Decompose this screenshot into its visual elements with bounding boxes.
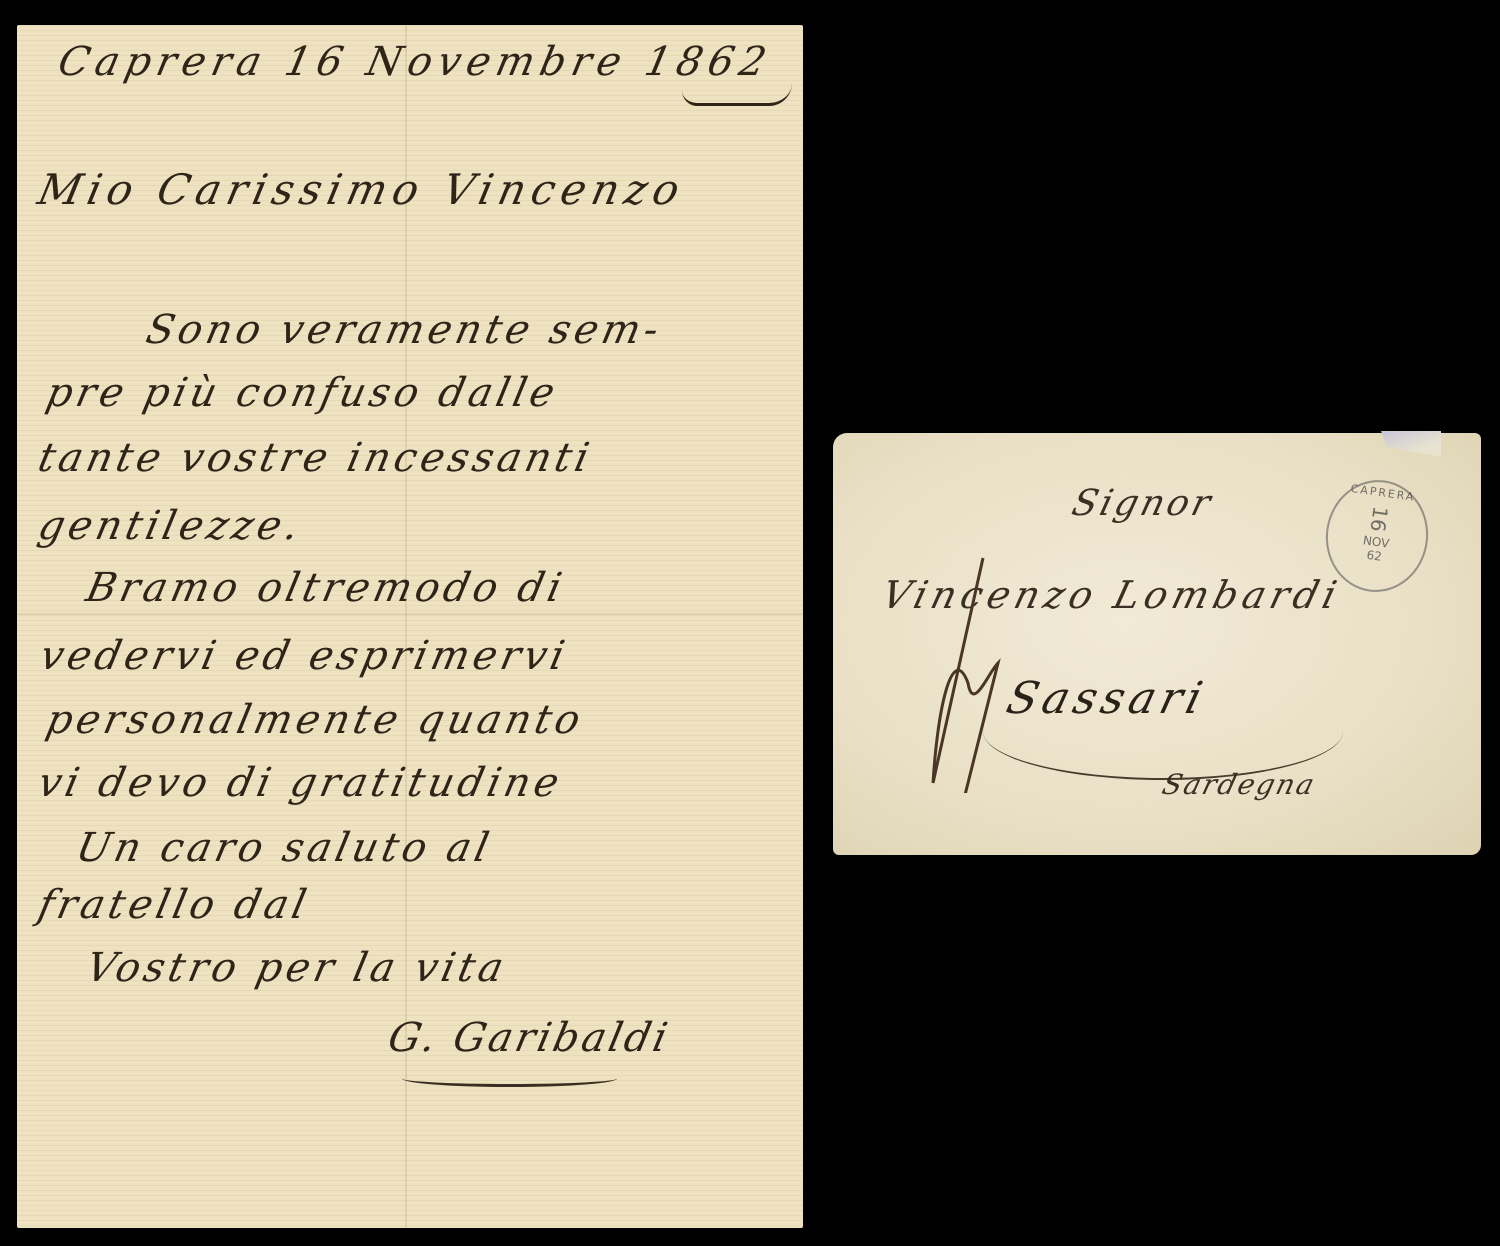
envelope-torn-corner — [1381, 431, 1441, 457]
letter-line: gentilezze. — [34, 503, 307, 549]
letter-line: pre più confuso dalle — [42, 370, 563, 416]
address-underline — [983, 683, 1343, 780]
letter-line: vi devo di gratitudine — [34, 760, 567, 806]
postmark-day: 16 — [1368, 505, 1391, 533]
manuscript-rate-mark-icon — [913, 553, 1003, 793]
letter-salutation: Mio Carissimo Vincenzo — [34, 165, 690, 214]
letter-line: Sono veramente sem- — [142, 307, 667, 353]
postmark-town: CAPRERA — [1350, 482, 1416, 504]
letter-closing: Vostro per la vita — [82, 945, 511, 991]
signature-underline — [402, 1070, 617, 1087]
letter-line: Bramo oltremodo di — [82, 565, 569, 611]
envelope: Signor Vincenzo Lombardi Sassari Sardegn… — [833, 433, 1481, 855]
fold-line — [17, 613, 803, 615]
letter-line: tante vostre incessanti — [34, 435, 597, 481]
letter-line: vedervi ed esprimervi — [36, 633, 572, 679]
letter-line: Un caro saluto al — [72, 825, 497, 871]
letter-line: personalmente quanto — [42, 697, 588, 743]
letter-line: fratello dal — [34, 882, 314, 928]
envelope-region: Sardegna — [1159, 768, 1320, 801]
envelope-title: Signor — [1068, 483, 1218, 524]
postmark-year: 62 — [1366, 548, 1383, 564]
signature: G. Garibaldi — [384, 1015, 674, 1061]
letter-date-line: Caprera 16 Novembre 1862 — [54, 39, 776, 85]
date-flourish — [682, 83, 792, 106]
letter-sheet: Caprera 16 Novembre 1862 Mio Carissimo V… — [17, 25, 803, 1228]
